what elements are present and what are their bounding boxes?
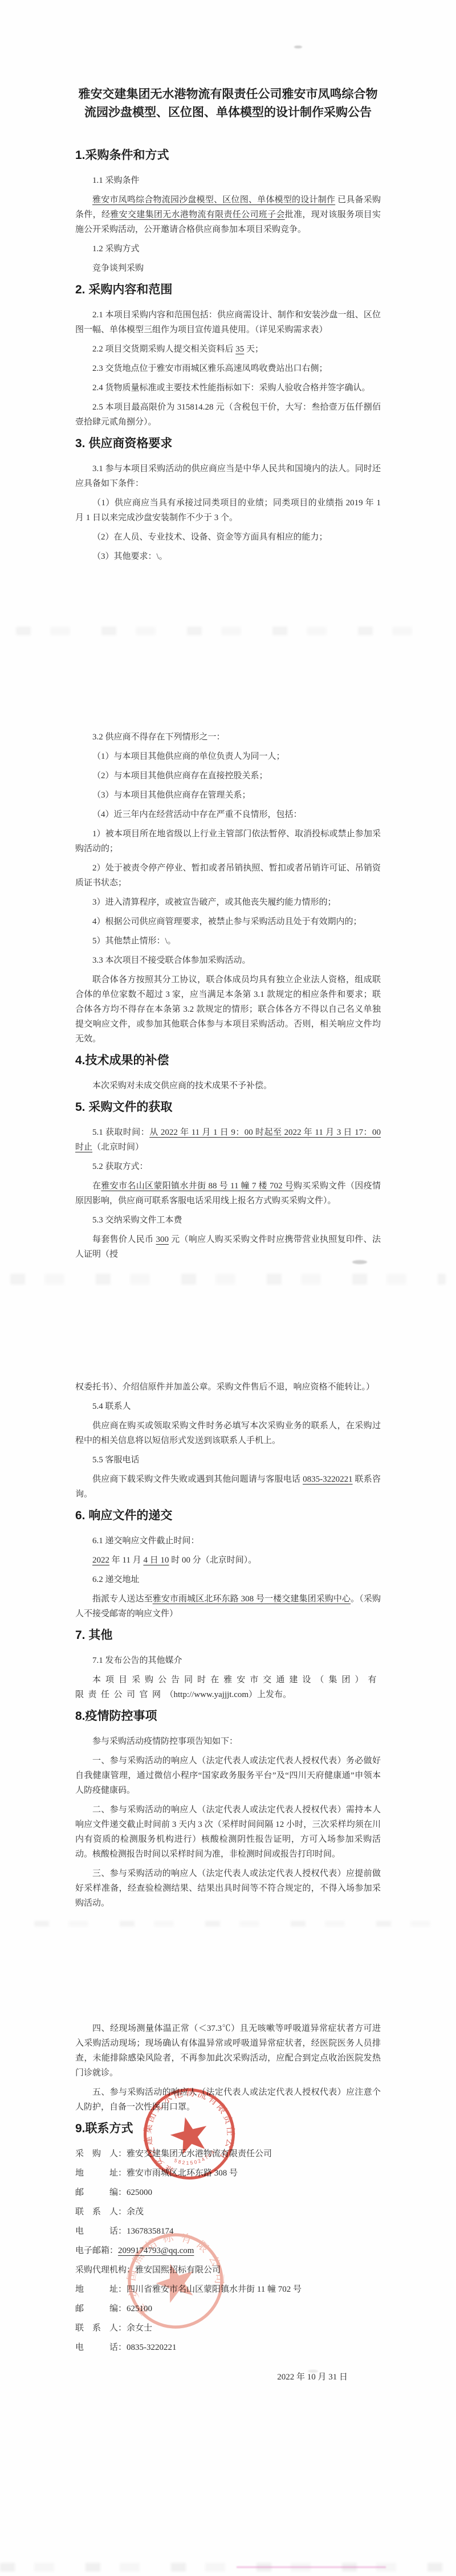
contact-row-buyer-postcode: 邮 编：625000 xyxy=(75,2185,381,2200)
para-6-2-address-heading: 6.2 递交地址 xyxy=(75,1572,381,1587)
contact-row-buyer-phone: 电 话：13678358174 xyxy=(75,2224,381,2239)
underlined-day-hour: 4 日 10 xyxy=(143,1556,169,1565)
contact-value: 625000 xyxy=(127,2188,152,2197)
text-segment: 2.2 项目交货期采购人提交相关资料后 xyxy=(92,345,235,354)
para-2-4-quality: 2.4 货物质量标准或主要技术性能指标如下：采购人验收合格并签字确认。 xyxy=(75,381,381,395)
scan-smudge-band xyxy=(10,1274,446,1285)
para-3-2-item-2: （2）与本项目其他供应商存在直接控股关系； xyxy=(75,768,381,783)
text-segment: 天； xyxy=(244,345,263,354)
para-3-1: 3.1 参与本项目采购活动的供应商应当是中华人民共和国境内的法人。同时还应具备如… xyxy=(75,461,381,491)
contact-row-agency-person: 联 系 人：余女士 xyxy=(75,2321,381,2336)
para-8-intro: 参与采购活动疫情防控事项告知如下： xyxy=(75,1734,381,1749)
para-procurement-conditions: 雅安市凤鸣综合物流园沙盘模型、区位图、单体模型的设计制作 已具备采购条件，经雅安… xyxy=(75,193,381,237)
para-2-5-price-limit: 2.5 本项目最高限价为 315814.28 元（含税包干价，大写：叁拾壹万伍仟… xyxy=(75,400,381,430)
scanned-procurement-announcement: 雅安交建集团无水港物流有限责任公司雅安市凤鸣综合物流园沙盘模型、区位图、单体模型… xyxy=(0,0,456,2576)
para-2-1-scope: 2.1 本项目采购内容和范围包括：供应商需设计、制作和安装沙盘一组、区位图一幅、… xyxy=(75,308,381,337)
section-3-heading: 3. 供应商资格要求 xyxy=(75,435,381,452)
scan-speck xyxy=(294,46,302,48)
scan-pink-streak xyxy=(237,2566,386,2568)
seal-code-number: 58215024744 xyxy=(172,2148,218,2170)
section-6-heading: 6. 响应文件的递交 xyxy=(75,1507,381,1524)
para-5-3-fee-continuation: 权委托书）、介绍信原件并加盖公章。采购文件售后不退，响应资格不能转让。） xyxy=(75,1380,381,1395)
section-8-heading: 8.疫情防控事项 xyxy=(75,1708,381,1725)
para-8-item-3: 三、参与采购活动的响应人（法定代表人或法定代表人授权代表）应提前做好采样准备，经… xyxy=(75,1866,381,1911)
para-3-2-item-4-4: 4）根据公司供应商管理要求，被禁止参与采购活动且处于有效期内的； xyxy=(75,914,381,929)
para-3-3: 3.3 本次项目不接受联合体参加采购活动。 xyxy=(75,953,381,968)
contact-label: 地 址： xyxy=(75,2285,127,2294)
underlined-days: 35 xyxy=(235,345,244,354)
text-segment: （北京时间） xyxy=(92,1143,144,1152)
para-3-2-item-3: （3）与本项目其他供应商存在管理关系； xyxy=(75,788,381,803)
para-5-5-hotline: 供应商下载采购文件失败或遇到其他问题请与客服电话 0835-3220221 联系… xyxy=(75,1472,381,1502)
page-4: 四、经现场测量体温正常（＜37.3℃）且无咳嗽等呼吸道异常症状者方可进入采购活动… xyxy=(0,1933,456,2576)
section-1-heading: 1.采购条件和方式 xyxy=(75,147,381,164)
page-1: 雅安交建集团无水港物流有限责任公司雅安市凤鸣综合物流园沙盘模型、区位图、单体模型… xyxy=(0,0,456,644)
text-segment: 供应商下载采购文件失败或遇到其他问题请与客服电话 xyxy=(92,1475,303,1484)
para-3-2-item-4-1: 1）被本项目所在地省级以上行业主管部门依法暂停、取消投标或禁止参加采购活动的； xyxy=(75,827,381,856)
section-7-heading: 7. 其他 xyxy=(75,1627,381,1644)
section-4-heading: 4.技术成果的补偿 xyxy=(75,1052,381,1069)
page-2: 3.2 供应商不得存在下列情形之一： （1）与本项目其他供应商的单位负责人为同一… xyxy=(0,644,456,1289)
underlined-submit-address: 雅安市雨城区北环东路 308 号一楼交建集团采购中心 xyxy=(153,1594,351,1604)
para-6-2-address: 指派专人送达至雅安市雨城区北环东路 308 号一楼交建集团采购中心。（采购人不接… xyxy=(75,1592,381,1621)
para-3-1-item-2: （2）在人员、专业技术、设备、资金等方面具有相应的能力； xyxy=(75,530,381,545)
scan-smudge-band xyxy=(34,1921,433,1927)
text-segment: 年 11 月 xyxy=(109,1556,143,1565)
underlined-fee: 300 xyxy=(156,1235,169,1244)
announcement-date: 2022 年 10 月 31 日 xyxy=(75,2370,348,2385)
para-5-3-fee-line1: 每套售价人民币 300 元（响应人购买采购文件时应携带营业执照复印件、法人证明（… xyxy=(75,1232,381,1262)
para-3-2-item-4-5: 5）其他禁止情形：\。 xyxy=(75,934,381,948)
contact-row-buyer-person: 联 系 人：余茂 xyxy=(75,2205,381,2219)
contact-label: 邮 编： xyxy=(75,2188,127,2197)
text-segment: 时 00 分（北京时间）。 xyxy=(169,1556,256,1565)
para-7-1-heading: 7.1 发布公告的其他媒介 xyxy=(75,1653,381,1668)
text-segment: 指派专人送达至 xyxy=(92,1594,153,1604)
scan-speck xyxy=(352,1260,367,1264)
para-6-1-deadline-heading: 6.1 递交响应文件截止时间： xyxy=(75,1534,381,1548)
para-3-1-item-3: （3）其他要求：\。 xyxy=(75,549,381,564)
para-5-4-contact-heading: 5.4 联系人 xyxy=(75,1399,381,1414)
seal-star-icon xyxy=(167,2113,211,2156)
para-procurement-method: 竞争谈判采购 xyxy=(75,261,381,276)
para-8-item-1: 一、参与采购活动的响应人（法定代表人或法定代表人授权代表）务必做好自我健康管理，… xyxy=(75,1753,381,1798)
page-3: 权委托书）、介绍信原件并加盖公章。采购文件售后不退，响应资格不能转让。） 5.4… xyxy=(0,1289,456,1933)
underlined-year: 2022 xyxy=(92,1556,109,1565)
para-2-3-delivery-place: 2.3 交货地点位于雅安市雨城区雅乐高速凤鸣收费站出口右侧； xyxy=(75,361,381,376)
para-8-item-4: 四、经现场测量体温正常（＜37.3℃）且无咳嗽等呼吸道异常症状者方可进入采购活动… xyxy=(75,2021,381,2080)
underlined-project-name: 雅安市凤鸣综合物流园沙盘模型、区位图、单体模型的设计制作 xyxy=(92,195,335,205)
para-5-4-contact: 供应商在购买或领取采购文件时务必填写本次采购业务的联系人，在采购过程中的相关信息… xyxy=(75,1418,381,1448)
subsection-1-2: 1.2 采购方式 xyxy=(75,242,381,256)
para-5-2-method: 5.2 获取方式： xyxy=(75,1159,381,1174)
para-4-compensation: 本次采购对未成交供应商的技术成果不予补偿。 xyxy=(75,1078,381,1093)
underlined-hotline-number: 0835-3220221 xyxy=(303,1475,353,1484)
para-3-2-item-4-3: 3）进入清算程序，或被宣告破产，或其他丧失履约能力情形的； xyxy=(75,895,381,910)
svg-text:58215024744: 58215024744 xyxy=(172,2148,218,2170)
contact-value: 余茂 xyxy=(127,2207,144,2217)
contact-label: 联 系 人： xyxy=(75,2207,127,2217)
document-title: 雅安交建集团无水港物流有限责任公司雅安市凤鸣综合物流园沙盘模型、区位图、单体模型… xyxy=(75,85,381,122)
scan-smudge-band xyxy=(16,627,440,635)
para-3-2-item-1: （1）与本项目其他供应商的单位负责人为同一人； xyxy=(75,749,381,764)
contact-label: 邮 编： xyxy=(75,2304,127,2313)
section-2-heading: 2. 采购内容和范围 xyxy=(75,281,381,299)
subsection-1-1: 1.1 采购条件 xyxy=(75,173,381,188)
para-2-2-delivery-period: 2.2 项目交货期采购人提交相关资料后 35 天； xyxy=(75,342,381,357)
text-segment: 5.1 获取时间： xyxy=(92,1128,149,1137)
para-8-item-2: 二、参与采购活动的响应人（法定代表人或法定代表人授权代表）需持本人响应文件递交截… xyxy=(75,1802,381,1862)
text-segment: 在 xyxy=(92,1181,101,1191)
contact-label: 采 购 人： xyxy=(75,2149,127,2158)
para-3-2-item-4-2: 2）处于被责令停产停业、暂扣或者吊销执照、暂扣或者吊销许可证、吊销资质证书状态； xyxy=(75,861,381,890)
underlined-purchase-address: 雅安市名山区蒙阳镇水井街 88 号 11 幢 7 楼 702 号 xyxy=(101,1181,294,1191)
scan-smudge-band xyxy=(0,2563,456,2571)
contact-label: 电 话： xyxy=(75,2343,127,2352)
para-5-5-hotline-heading: 5.5 客服电话 xyxy=(75,1453,381,1467)
text-segment: 每套售价人民币 xyxy=(92,1235,156,1244)
contact-label: 联 系 人： xyxy=(75,2324,127,2333)
para-5-3-fee-heading: 5.3 交纳采购文件工本费 xyxy=(75,1213,381,1228)
para-3-2-item-4: （4）近三年内在经营活动中存在严重不良情形，包括： xyxy=(75,807,381,822)
para-3-1-item-1: （1）供应商应当具有承接过同类项目的业绩；同类项目的业绩指 2019 年 1 月… xyxy=(75,496,381,525)
para-7-1-media: 本项目采购公告同时在雅安市交通建设（集团）有限责任公司官网（http://www… xyxy=(75,1673,381,1702)
text-segment: （http://www.yajjjt.com）上发布。 xyxy=(165,1690,292,1699)
para-3-2: 3.2 供应商不得存在下列情形之一： xyxy=(75,730,381,745)
para-5-1-time: 5.1 获取时间：从 2022 年 11 月 1 日 9：00 时起至 2022… xyxy=(75,1125,381,1155)
scan-speck xyxy=(308,2370,318,2373)
contact-value: 0835-3220221 xyxy=(127,2343,177,2352)
seal-star-icon xyxy=(152,2258,200,2305)
contact-label: 电 话： xyxy=(75,2227,127,2236)
contact-label: 地 址： xyxy=(75,2169,127,2178)
contact-row-agency-phone: 电 话：0835-3220221 xyxy=(75,2340,381,2355)
para-5-2-address: 在雅安市名山区蒙阳镇水井街 88 号 11 幢 7 楼 702 号购买采购文件（… xyxy=(75,1179,381,1208)
para-3-3-consortium: 联合体各方按照其分工协议，联合体成员均具有独立企业法人资格，组成联合体的单位家数… xyxy=(75,972,381,1046)
underlined-approver: 雅安交建集团无水港物流有限责任公司班子会 xyxy=(110,210,284,219)
para-6-1-deadline: 2022 年 11 月 4 日 10 时 00 分（北京时间）。 xyxy=(75,1553,381,1568)
section-5-heading: 5. 采购文件的获取 xyxy=(75,1099,381,1116)
